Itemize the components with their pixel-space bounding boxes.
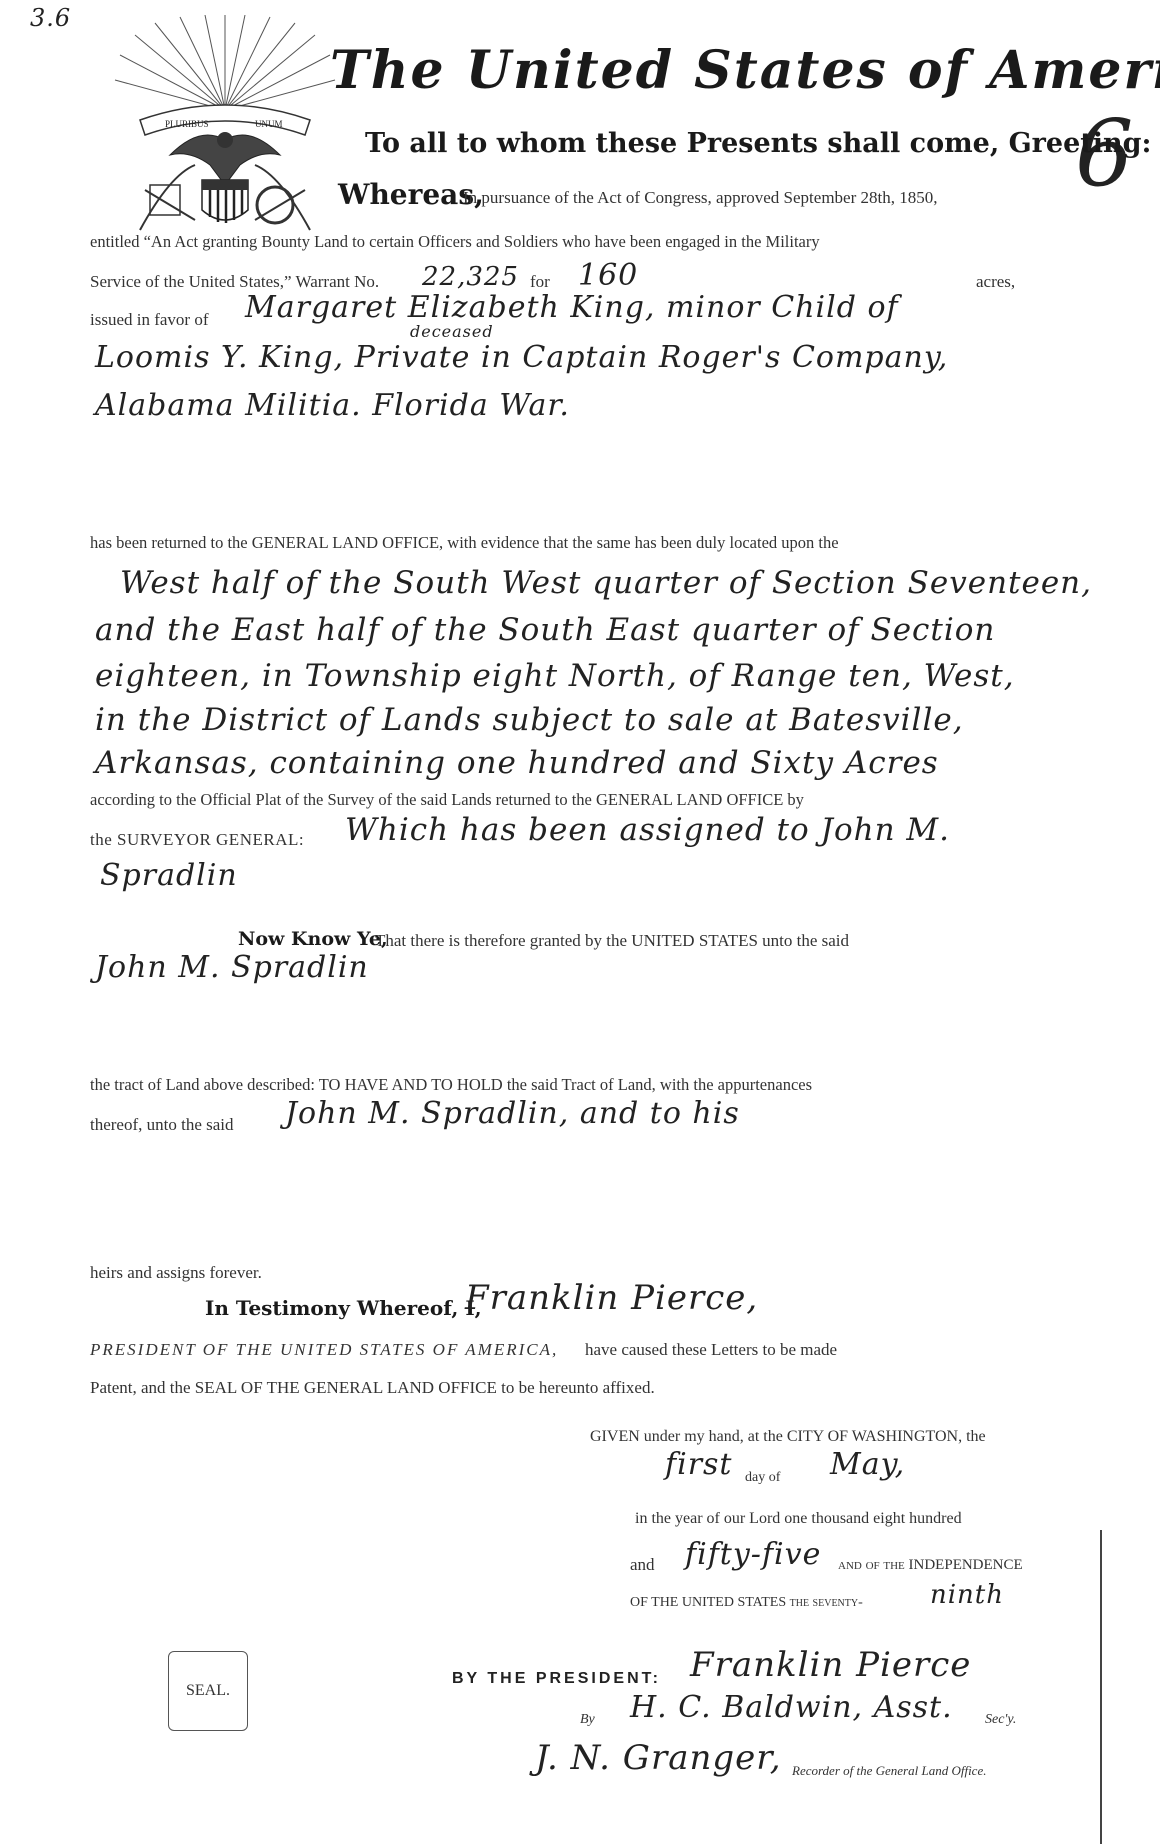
given-day: first xyxy=(665,1447,733,1482)
surveyor-general-label: the SURVEYOR GENERAL: xyxy=(90,830,304,850)
land-line1: West half of the South West quarter of S… xyxy=(120,565,1092,601)
acres-value: 160 xyxy=(578,258,638,293)
habendum-line1: the tract of Land above described: TO HA… xyxy=(90,1075,812,1095)
heirs-text: heirs and assigns forever. xyxy=(90,1263,262,1283)
seal-placeholder: SEAL. xyxy=(168,1651,248,1731)
habendum-grantee: John M. Spradlin, and to his xyxy=(285,1096,740,1131)
recorder-signature: J. N. Granger, xyxy=(535,1738,782,1778)
land-line3: eighteen, in Township eight North, of Ra… xyxy=(95,658,1015,694)
given-line1: GIVEN under my hand, at the CITY OF WASH… xyxy=(590,1428,986,1446)
survey-line1: according to the Official Plat of the Su… xyxy=(90,790,804,810)
by-label: By xyxy=(580,1712,595,1728)
warrant-number: 22,325 xyxy=(422,262,519,292)
eagle-sunburst-emblem-icon: PLURIBUS UNUM xyxy=(110,15,340,245)
land-line4: in the District of Lands subject to sale… xyxy=(95,702,964,738)
svg-text:UNUM: UNUM xyxy=(255,119,283,129)
acres-label: acres, xyxy=(976,272,1015,292)
given-year: fifty-five xyxy=(685,1537,821,1572)
given-day-label: day of xyxy=(745,1470,780,1486)
svg-text:PLURIBUS: PLURIBUS xyxy=(165,119,209,129)
grantee-insertion: deceased xyxy=(410,322,494,341)
given-month: May, xyxy=(830,1447,905,1482)
for-label: for xyxy=(530,272,550,292)
know-ye-lead: Now Know Ye, xyxy=(238,928,388,950)
given-line5: OF THE UNITED STATES the seventy- xyxy=(630,1595,863,1611)
land-line2: and the East half of the South East quar… xyxy=(95,612,995,648)
president-title: PRESIDENT OF THE UNITED STATES OF AMERIC… xyxy=(90,1340,558,1360)
assigned-name: Spradlin xyxy=(100,858,238,893)
grantee-line1: Margaret Elizabeth King, minor Child of xyxy=(245,290,899,325)
given-and-label: and xyxy=(630,1555,655,1575)
margin-note: 3.6 xyxy=(30,4,71,32)
know-ye-grantee: John M. Spradlin xyxy=(95,950,369,985)
president-signature: Franklin Pierce xyxy=(690,1645,971,1685)
whereas-line2: entitled “An Act granting Bounty Land to… xyxy=(90,232,820,252)
grantee-line3: Alabama Militia. Florida War. xyxy=(95,388,570,423)
grantee-line2: Loomis Y. King, Private in Captain Roger… xyxy=(95,340,948,375)
given-line3: in the year of our Lord one thousand eig… xyxy=(635,1510,962,1528)
testimony-line2: Patent, and the SEAL OF THE GENERAL LAND… xyxy=(90,1378,655,1398)
whereas-lead: Whereas, xyxy=(338,178,484,211)
returned-text: has been returned to the GENERAL LAND OF… xyxy=(90,533,839,553)
given-independence: and of the INDEPENDENCE xyxy=(838,1557,1023,1574)
by-president-label: BY THE PRESIDENT: xyxy=(452,1670,661,1688)
habendum-line2-label: thereof, unto the said xyxy=(90,1115,234,1135)
issued-label: issued in favor of xyxy=(90,310,209,330)
know-ye-text: That there is therefore granted by the U… xyxy=(375,931,849,951)
assigned-text: Which has been assigned to John M. xyxy=(345,812,950,848)
given-ordinal: ninth xyxy=(930,1580,1004,1610)
whereas-line3: Service of the United States,” Warrant N… xyxy=(90,272,379,292)
seal-label: SEAL. xyxy=(186,1682,230,1700)
page-edge-line xyxy=(1100,1530,1102,1844)
testimony-line1-rest: have caused these Letters to be made xyxy=(585,1340,837,1360)
president-name: Franklin Pierce, xyxy=(465,1278,758,1318)
secy-label: Sec'y. xyxy=(985,1712,1016,1728)
secretary-signature: H. C. Baldwin, Asst. xyxy=(630,1690,953,1725)
document-title: The United States of America, xyxy=(330,40,1160,101)
land-line5: Arkansas, containing one hundred and Six… xyxy=(95,745,939,781)
whereas-line1: In pursuance of the Act of Congress, app… xyxy=(463,188,937,208)
greeting: To all to whom these Presents shall come… xyxy=(365,128,1151,159)
testimony-lead: In Testimony Whereof, I, xyxy=(205,1296,482,1320)
recorder-label: Recorder of the General Land Office. xyxy=(792,1763,986,1779)
